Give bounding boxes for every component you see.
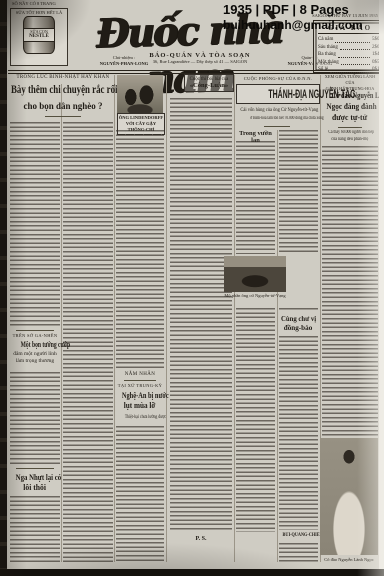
column-rule xyxy=(61,84,62,562)
price-row: Một tháng0$50 xyxy=(318,59,382,67)
page-bottom-edge xyxy=(0,569,384,576)
body-text-greeked xyxy=(116,426,164,562)
scan-watermark: 1935 | PDF | 8 Pages buihuuhanh@gmail.co… xyxy=(223,2,353,33)
headline-actress: Cô đào Nguyễn Lành Ngọc đáng đành được t… xyxy=(322,90,378,123)
price-row: Ba tháng1$40 xyxy=(318,51,382,59)
separator-rule xyxy=(338,127,362,128)
body-text-greeked xyxy=(279,543,318,562)
headline-holy-land: THÁNH-ĐỊA NGUYỄN-TẮC xyxy=(236,84,320,104)
body-text-greeked xyxy=(116,130,164,370)
ad-slogan: SỮA TỐT HƠN HẾT LÀ xyxy=(11,10,67,15)
price-row: Sáu tháng2$60 xyxy=(318,44,382,52)
contest-line2: «Công-Luận» xyxy=(186,82,232,89)
dot-leader xyxy=(338,54,370,58)
dot-leader xyxy=(335,39,370,43)
body-text-greeked xyxy=(63,122,113,562)
body-text-greeked xyxy=(170,98,232,532)
body-text-greeked xyxy=(10,372,60,466)
contest-box: Cuộc thi bói lúa của «Công-Luận» xyxy=(184,74,234,92)
article-kicker: TRÊN SỞ GA-NHÊN xyxy=(10,333,60,338)
column-rule xyxy=(234,75,235,562)
headline-rubbish: Bày thêm chi chuyện rắc rối xyxy=(11,84,115,96)
dot-leader xyxy=(341,61,370,65)
headline-flood: Nghệ-An bị nước lụt mùa lỡ xyxy=(116,391,164,411)
subheadline-flood: Thiệt-hại chưa lường được xyxy=(116,414,164,420)
director-name: NGUYỄN-PHAN-LONG xyxy=(94,61,154,67)
can-brand: NESTLÉ xyxy=(24,34,54,41)
milk-can-image: SỮA CON NESTLÉ xyxy=(23,16,55,54)
body-text-greeked xyxy=(279,130,318,254)
photo-caption-tomb: Mộ phần ông cử Nguyễn-tử-Vạng xyxy=(224,293,286,299)
dot-leader xyxy=(340,46,370,50)
photo-lindendorff xyxy=(117,75,163,113)
body-text-greeked xyxy=(236,141,275,254)
article-kicker: TRONG LÚC BINH-NHẬT HAY KHAN xyxy=(12,75,114,80)
binding-edge xyxy=(0,0,7,576)
separator-rule xyxy=(16,468,54,469)
body-text-greeked xyxy=(236,308,275,532)
price-row: Cả năm5$00 xyxy=(318,36,382,44)
watermark-line1: 1935 | PDF | 8 Pages xyxy=(223,2,353,18)
nestle-ad: SỮA TỐT HƠN HẾT LÀ SỮA CON NESTLÉ xyxy=(10,8,68,66)
subheadline-holy-land: Cái vốn hùng của ông Cử Nguyễn-tử-Vạng ở… xyxy=(236,107,318,122)
column-rule xyxy=(114,75,115,562)
subheadline-robbers: đâm một người lính làm trọng thương xyxy=(10,351,60,365)
newspaper-page: SỐ NẦY CÓ 8 TRANG SỮA TỐT HƠN HẾT LÀ SỮA… xyxy=(0,0,384,576)
watermark-line2: buihuuhanh@gmail.com xyxy=(223,18,353,33)
signature-ps: P. S. xyxy=(170,536,232,542)
subheadline-actress: Cả thảy 60.000 người đón tiếp của nàng đ… xyxy=(322,130,378,143)
photo-tomb xyxy=(224,256,286,292)
body-text-greeked xyxy=(322,146,378,436)
body-text-greeked xyxy=(279,308,318,312)
price-label: Sáu tháng xyxy=(318,44,338,52)
headline-appeal: Cùng chư vị đồng-bào xyxy=(279,314,318,333)
body-text-greeked xyxy=(279,336,318,530)
price-label: Một tháng xyxy=(318,59,339,67)
separator-rule xyxy=(45,116,81,117)
body-text-greeked xyxy=(10,122,60,328)
price-label: Cả năm xyxy=(318,36,333,44)
separator-rule xyxy=(264,126,290,127)
column-rule xyxy=(277,130,278,562)
edition-note: SỐ NẦY CÓ 8 TRANG xyxy=(12,1,92,6)
column-rule xyxy=(166,75,167,562)
signature-bui-quang-chieu: BÙI-QUANG-CHIÊU xyxy=(279,533,318,538)
price-label: Ba tháng xyxy=(318,51,336,59)
separator-rule xyxy=(16,330,54,331)
article-kicker: TẠI XỨ TRUNG-KỲ xyxy=(116,383,164,388)
signature-nam-nhan: NẰM NHÂN xyxy=(116,372,164,377)
body-text-greeked xyxy=(10,496,60,562)
subheadline-rubbish: cho bọn dân nghèo ? xyxy=(10,101,116,111)
headline-russia-japan: Nga Nhựt lại có lôi thôi xyxy=(10,472,60,492)
article-kicker: CUỘC PHỎNG-SỰ CỦA Đ.N.N. xyxy=(238,76,318,81)
photo-actress-portrait xyxy=(320,438,378,555)
headline-robbers: Một bọn tướng cướp xyxy=(10,340,60,349)
director-block: Chủ-nhiệm : NGUYỄN-PHAN-LONG xyxy=(94,55,154,67)
photo-caption-actress: Cô đào Nguyễn Lành Ngọc xyxy=(320,557,378,562)
separator-rule xyxy=(124,380,156,381)
page-right-margin xyxy=(379,0,384,576)
